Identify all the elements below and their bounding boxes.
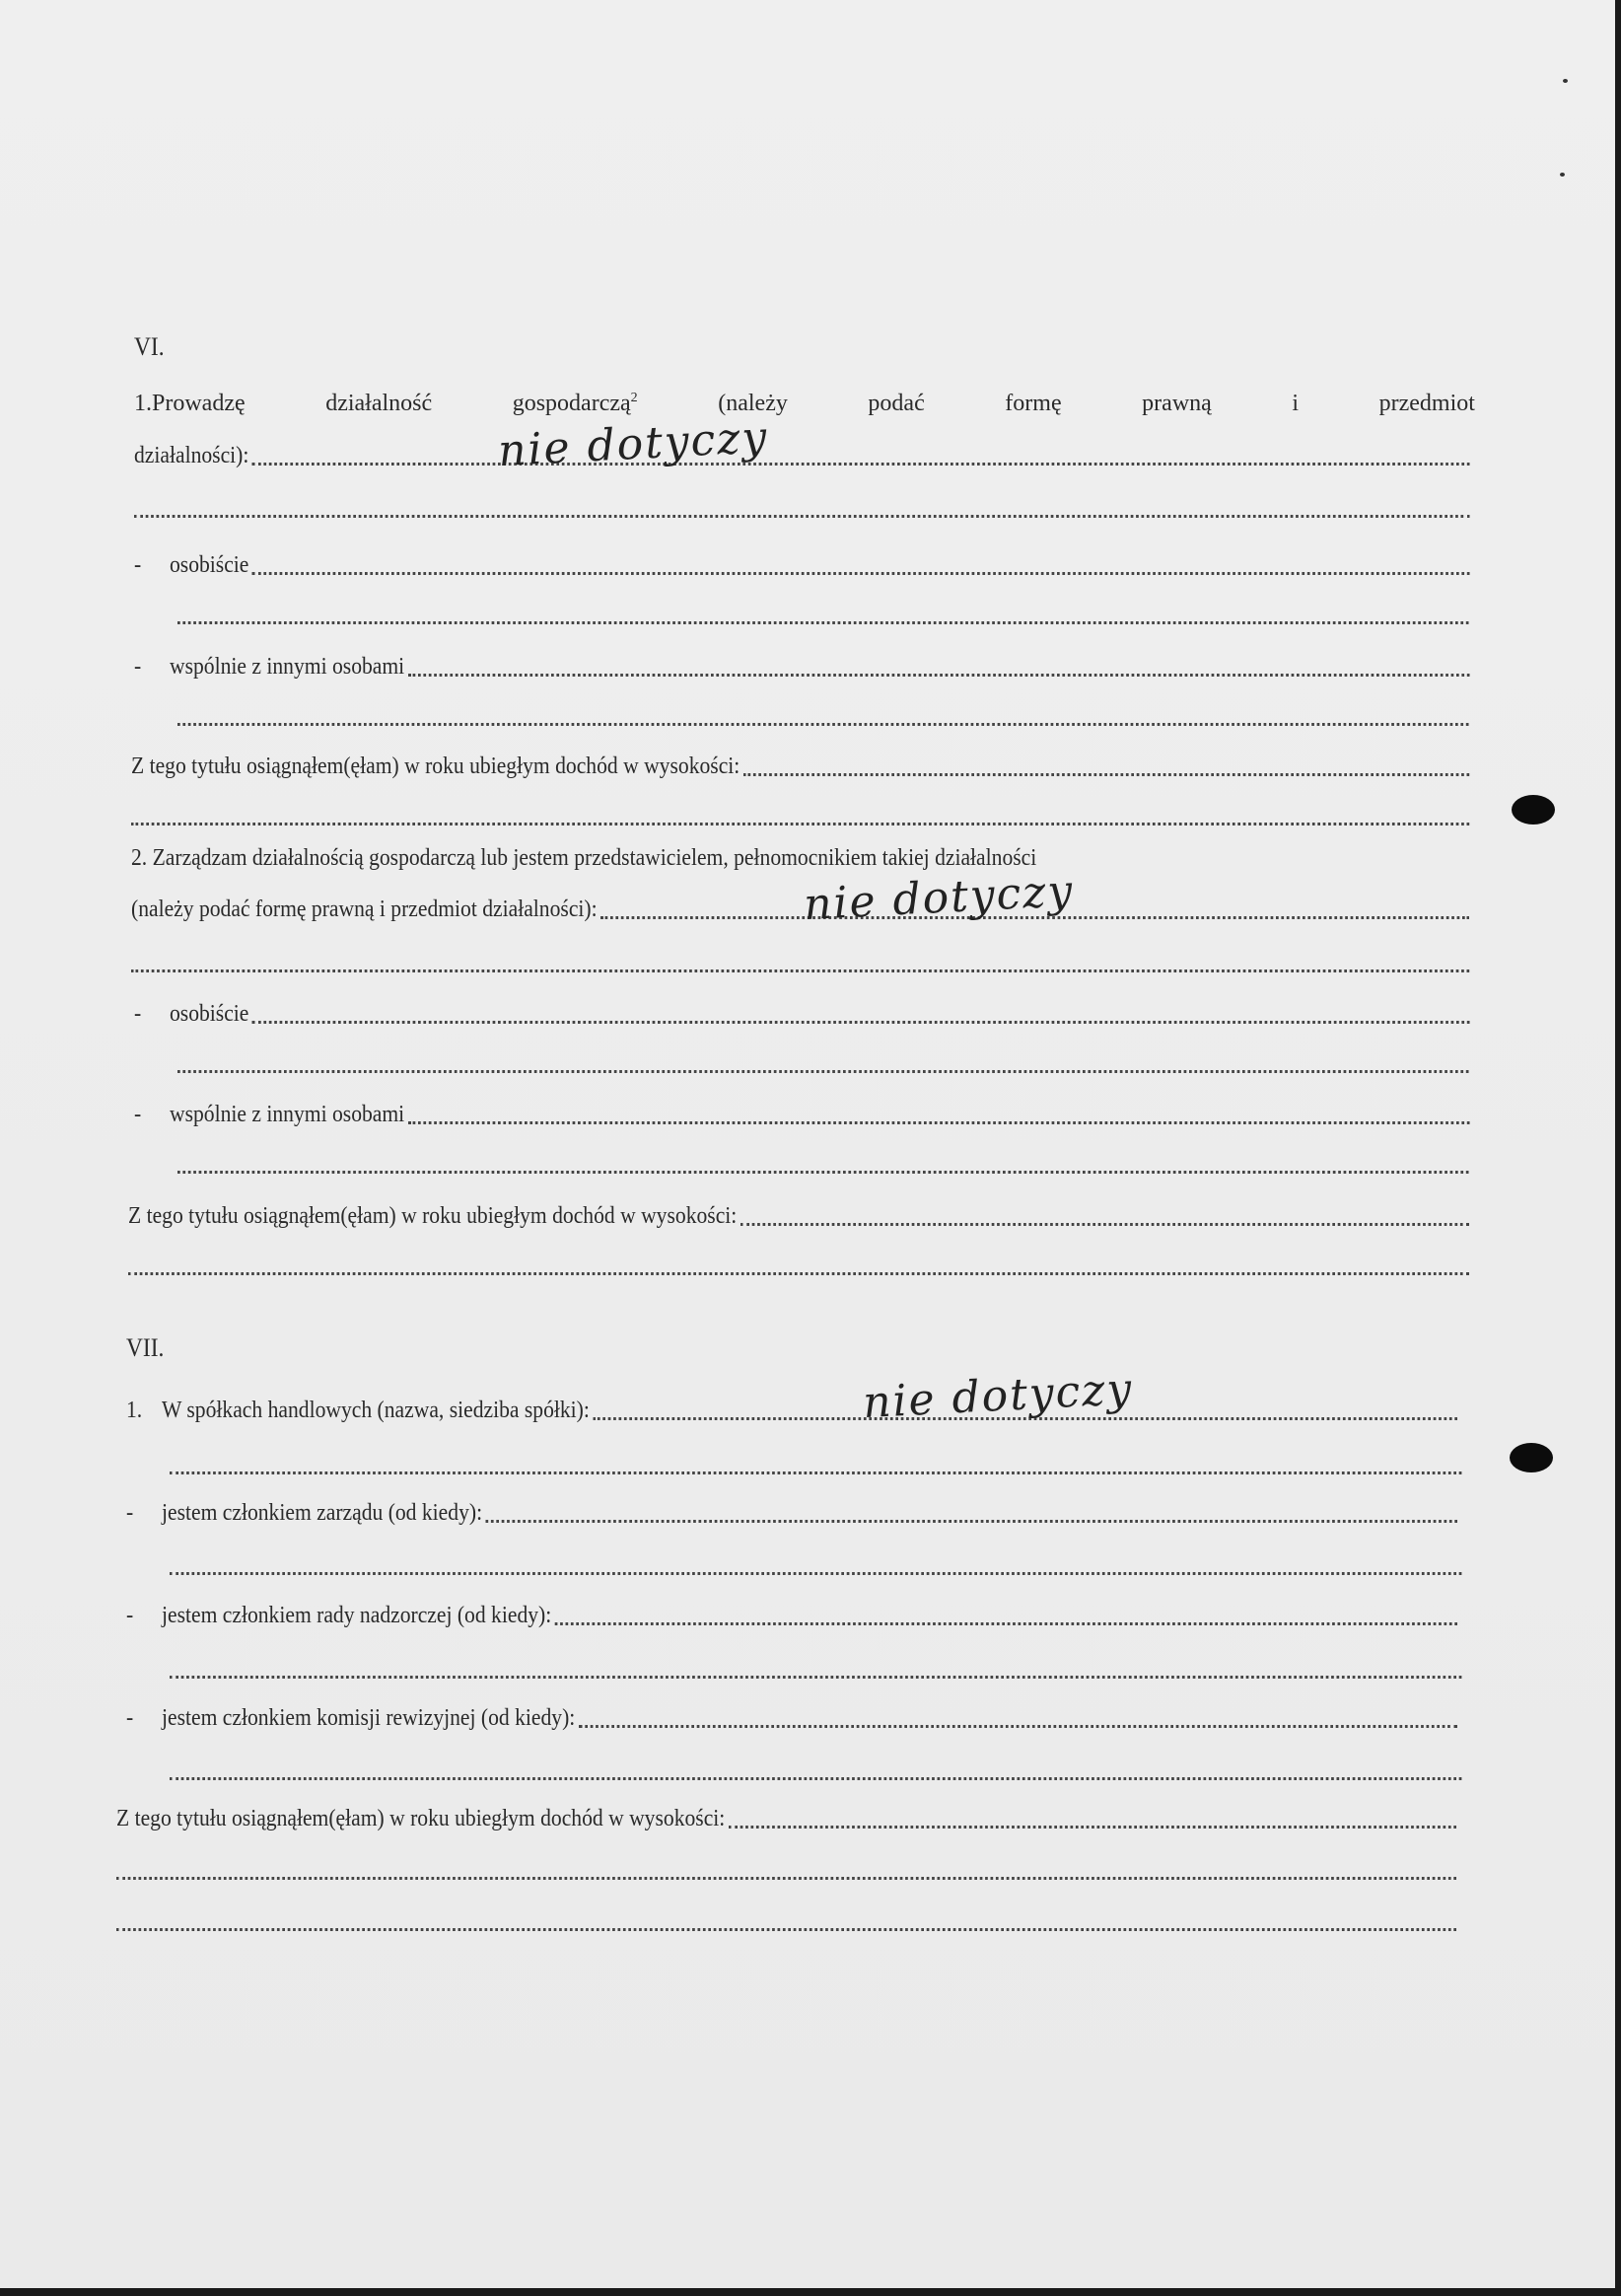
vi-item1-income-row: Z tego tytułu osiągnąłem(ęłam) w roku ub…: [131, 747, 1469, 786]
vii-board-field[interactable]: [486, 1496, 1457, 1523]
vi-item1-word: i: [1292, 384, 1299, 423]
vi-item1-jointly-field[interactable]: [408, 650, 1470, 677]
vi-item1-income-field-continued[interactable]: [131, 799, 1469, 825]
vi-item1-line2: działalności):: [134, 436, 1470, 475]
bullet: -: [126, 1596, 162, 1635]
vii-income-row: Z tego tytułu osiągnąłem(ęłam) w roku ub…: [116, 1799, 1456, 1838]
vii-income-field[interactable]: [729, 1802, 1456, 1829]
vi-item1-word: prawną: [1142, 384, 1212, 423]
vi-item1-personally-row2: [177, 595, 1469, 634]
vi-item2-jointly-field-continued[interactable]: [177, 1147, 1469, 1174]
vi-item1-word: formę: [1005, 384, 1061, 423]
vi-item1-income-row2: [131, 796, 1469, 835]
vi-item1-word: 1.Prowadzę: [134, 384, 246, 423]
vi-item1-personally-field-continued[interactable]: [177, 598, 1469, 624]
vii-item1-answer-field-continued[interactable]: [170, 1448, 1461, 1474]
vi-item1-answer-field-continued[interactable]: [134, 491, 1470, 518]
vi-item2-personally-row: - osobiście: [134, 994, 1470, 1034]
vi-item2-line2: (należy podać formę prawną i przedmiot d…: [131, 890, 1469, 929]
vii-supervisory-row: - jestem członkiem rady nadzorczej (od k…: [126, 1596, 1457, 1635]
section-vi-heading: VI.: [134, 327, 165, 367]
vi-item1-word: przedmiot: [1379, 384, 1475, 423]
bullet: -: [134, 647, 170, 686]
vi-item2-income-field[interactable]: [740, 1199, 1469, 1226]
board-member-label: jestem członkiem zarządu (od kiedy):: [162, 1493, 482, 1533]
vii-audit-field[interactable]: [579, 1701, 1457, 1728]
bullet: -: [134, 545, 170, 585]
vii-supervisory-field[interactable]: [555, 1599, 1457, 1625]
personally-label: osobiście: [170, 994, 248, 1034]
income-label: Z tego tytułu osiągnąłem(ęłam) w roku ub…: [128, 1196, 737, 1236]
vi-item2-answer-field-continued[interactable]: [131, 946, 1469, 972]
bullet: -: [126, 1698, 162, 1738]
supervisory-board-label: jestem członkiem rady nadzorczej (od kie…: [162, 1596, 551, 1635]
vii-board-field-continued[interactable]: [170, 1548, 1461, 1575]
personally-label: osobiście: [170, 545, 248, 585]
heading-text: VII.: [126, 1328, 164, 1368]
vi-item2-label: (należy podać formę prawną i przedmiot d…: [131, 890, 598, 929]
vii-item1-label: W spółkach handlowych (nazwa, siedziba s…: [162, 1391, 590, 1430]
vii-income-field-continued[interactable]: [116, 1853, 1456, 1880]
vi-item1-word: działalność: [325, 384, 432, 423]
vii-supervisory-row2: [170, 1649, 1461, 1688]
income-label: Z tego tytułu osiągnąłem(ęłam) w roku ub…: [131, 747, 740, 786]
punch-hole-icon: [1512, 795, 1555, 825]
vi-item1-jointly-row: - wspólnie z innymi osobami: [134, 647, 1470, 686]
vi-item2-jointly-field[interactable]: [408, 1098, 1470, 1124]
vii-income-row3: [116, 1901, 1456, 1941]
vii-item1-row: 1. W spółkach handlowych (nazwa, siedzib…: [126, 1391, 1457, 1430]
vi-item2-text: 2. Zarządzam działalnością gospodarczą l…: [131, 838, 1036, 878]
footnote-marker: 2: [631, 391, 638, 405]
vii-item1-answer-field[interactable]: [593, 1394, 1457, 1420]
jointly-label: wspólnie z innymi osobami: [170, 647, 404, 686]
vi-item2-personally-field[interactable]: [252, 997, 1470, 1024]
vi-item1-line3: [134, 488, 1470, 528]
vi-item2-personally-row2: [177, 1043, 1469, 1083]
vii-income-row2: [116, 1850, 1456, 1890]
vii-audit-field-continued[interactable]: [170, 1754, 1461, 1780]
vi-item1-word: podać: [868, 384, 924, 423]
vi-item1-word: (należy: [718, 384, 788, 423]
vi-item1-income-field[interactable]: [743, 750, 1469, 776]
vi-item2-answer-field[interactable]: [600, 893, 1469, 919]
vii-income-field-continued-2[interactable]: [116, 1904, 1456, 1931]
vi-item2-line3: [131, 943, 1469, 982]
jointly-label: wspólnie z innymi osobami: [170, 1095, 404, 1134]
vii-supervisory-field-continued[interactable]: [170, 1652, 1461, 1679]
vi-item1-answer-field[interactable]: [252, 439, 1470, 466]
vi-item2-line1: 2. Zarządzam działalnością gospodarczą l…: [131, 838, 1469, 878]
vi-item2-personally-field-continued[interactable]: [177, 1046, 1469, 1073]
item-number: 1.: [126, 1391, 162, 1430]
audit-committee-label: jestem członkiem komisji rewizyjnej (od …: [162, 1698, 575, 1738]
vi-item2-income-field-continued[interactable]: [128, 1249, 1469, 1275]
vii-board-row2: [170, 1545, 1461, 1585]
vi-item2-jointly-row2: [177, 1144, 1469, 1184]
scanned-form-page: VI. 1.Prowadzędziałalnośćgospodarczą2(na…: [0, 0, 1615, 2288]
vi-item1-word: gospodarczą2: [513, 379, 638, 423]
bullet: -: [134, 994, 170, 1034]
income-label: Z tego tytułu osiągnąłem(ęłam) w roku ub…: [116, 1799, 725, 1838]
vii-board-row: - jestem członkiem zarządu (od kiedy):: [126, 1493, 1457, 1533]
vi-item2-income-row2: [128, 1246, 1469, 1285]
vi-item1-jointly-field-continued[interactable]: [177, 699, 1469, 726]
bullet: -: [126, 1493, 162, 1533]
vi-item2-jointly-row: - wspólnie z innymi osobami: [134, 1095, 1470, 1134]
vii-audit-row2: [170, 1751, 1461, 1790]
vi-item1-label: działalności):: [134, 436, 248, 475]
heading-text: VI.: [134, 327, 165, 367]
scan-speck: [1560, 173, 1565, 177]
vi-item1-jointly-row2: [177, 696, 1469, 736]
scan-speck: [1563, 79, 1568, 83]
vi-item1-personally-row: - osobiście: [134, 545, 1470, 585]
vi-item1-personally-field[interactable]: [252, 548, 1470, 575]
bullet: -: [134, 1095, 170, 1134]
vii-audit-row: - jestem członkiem komisji rewizyjnej (o…: [126, 1698, 1457, 1738]
vii-item1-row2: [170, 1445, 1461, 1484]
vi-item1-line1: 1.Prowadzędziałalnośćgospodarczą2(należy…: [134, 379, 1475, 418]
section-vii-heading: VII.: [126, 1328, 164, 1368]
punch-hole-icon: [1510, 1443, 1553, 1472]
vi-item2-income-row: Z tego tytułu osiągnąłem(ęłam) w roku ub…: [128, 1196, 1469, 1236]
